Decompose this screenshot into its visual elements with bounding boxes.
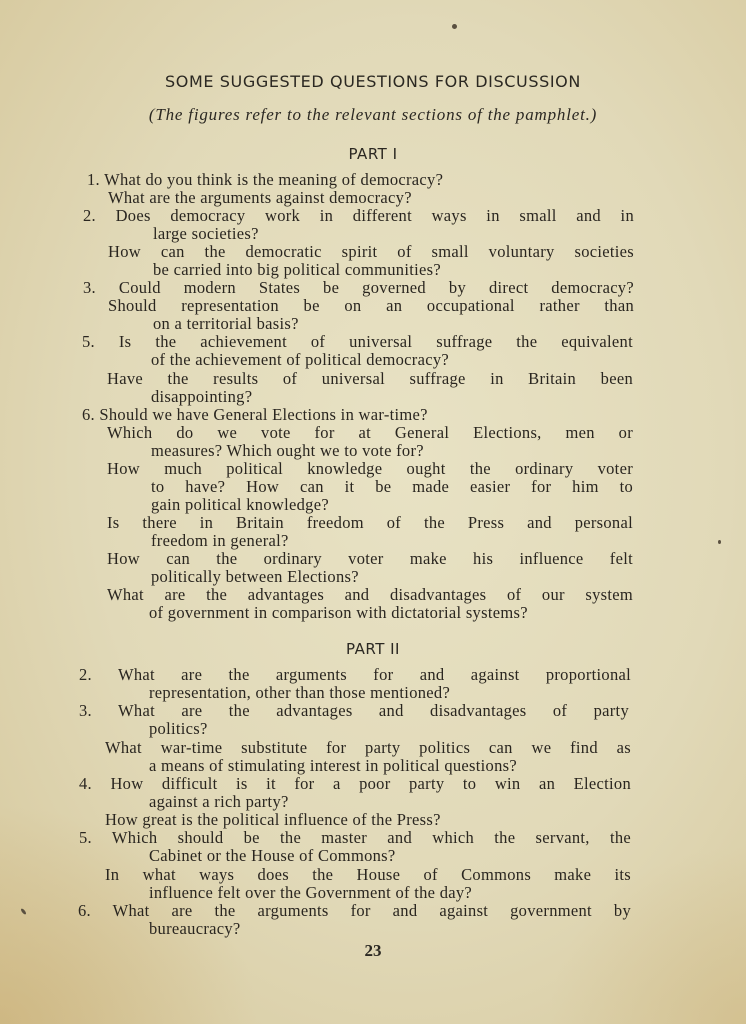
question-line: 6. Should we have General Elections in w…: [82, 406, 428, 424]
question-line: Have the results of universal suffrage i…: [107, 370, 633, 388]
question-line: influence felt over the Government of th…: [149, 884, 472, 902]
ink-speck: [718, 540, 721, 544]
question-line: 5. Is the achievement of universal suffr…: [82, 333, 633, 351]
question-line: representation, other than those mention…: [149, 684, 450, 702]
question-line: 2. Does democracy work in different ways…: [83, 207, 634, 225]
question-line: on a territorial basis?: [153, 315, 299, 333]
question-line: 3. What are the advantages and disadvant…: [79, 702, 629, 720]
question-line: How can the democratic spirit of small v…: [108, 243, 634, 261]
question-line: a means of stimulating interest in polit…: [149, 757, 517, 775]
question-line: Should representation be on an occupatio…: [108, 297, 634, 315]
question-line: 5. Which should be the master and which …: [79, 829, 631, 847]
page-number: 23: [0, 941, 746, 961]
part-heading: PART I: [0, 145, 746, 163]
question-line: large societies?: [153, 225, 259, 243]
question-line: What are the advantages and disadvantage…: [107, 586, 633, 604]
question-line: 3. Could modern States be governed by di…: [83, 279, 634, 297]
question-line: How much political knowledge ought the o…: [107, 460, 633, 478]
question-line: freedom in general?: [151, 532, 289, 550]
question-line: In what ways does the House of Commons m…: [105, 866, 631, 884]
question-line: How great is the political influence of …: [105, 811, 441, 829]
question-line: of the achievement of political democrac…: [151, 351, 449, 369]
question-line: of government in comparison with dictato…: [149, 604, 528, 622]
question-line: politics?: [149, 720, 208, 738]
question-line: 2. What are the arguments for and agains…: [79, 666, 631, 684]
question-line: bureaucracy?: [149, 920, 241, 938]
ink-speck: [452, 24, 457, 29]
page-title: SOME SUGGESTED QUESTIONS FOR DISCUSSION: [0, 72, 746, 91]
question-line: against a rich party?: [149, 793, 289, 811]
ink-speck: [20, 908, 27, 915]
question-line: What are the arguments against democracy…: [108, 189, 412, 207]
question-line: to have? How can it be made easier for h…: [151, 478, 633, 496]
question-line: 4. How difficult is it for a poor party …: [79, 775, 631, 793]
question-line: 6. What are the arguments for and agains…: [78, 902, 631, 920]
pamphlet-page: SOME SUGGESTED QUESTIONS FOR DISCUSSION …: [0, 0, 746, 1024]
question-line: Is there in Britain freedom of the Press…: [107, 514, 633, 532]
question-line: disappointing?: [151, 388, 252, 406]
question-line: How can the ordinary voter make his infl…: [107, 550, 633, 568]
question-line: politically between Elections?: [151, 568, 359, 586]
question-line: 1. What do you think is the meaning of d…: [87, 171, 443, 189]
question-line: be carried into big political communitie…: [153, 261, 441, 279]
page-subtitle: (The figures refer to the relevant secti…: [0, 105, 746, 125]
question-line: Cabinet or the House of Commons?: [149, 847, 396, 865]
question-line: What war-time substitute for party polit…: [105, 739, 631, 757]
question-line: Which do we vote for at General Election…: [107, 424, 633, 442]
question-line: gain political knowledge?: [151, 496, 329, 514]
part-heading: PART II: [0, 640, 746, 658]
question-line: measures? Which ought we to vote for?: [151, 442, 424, 460]
